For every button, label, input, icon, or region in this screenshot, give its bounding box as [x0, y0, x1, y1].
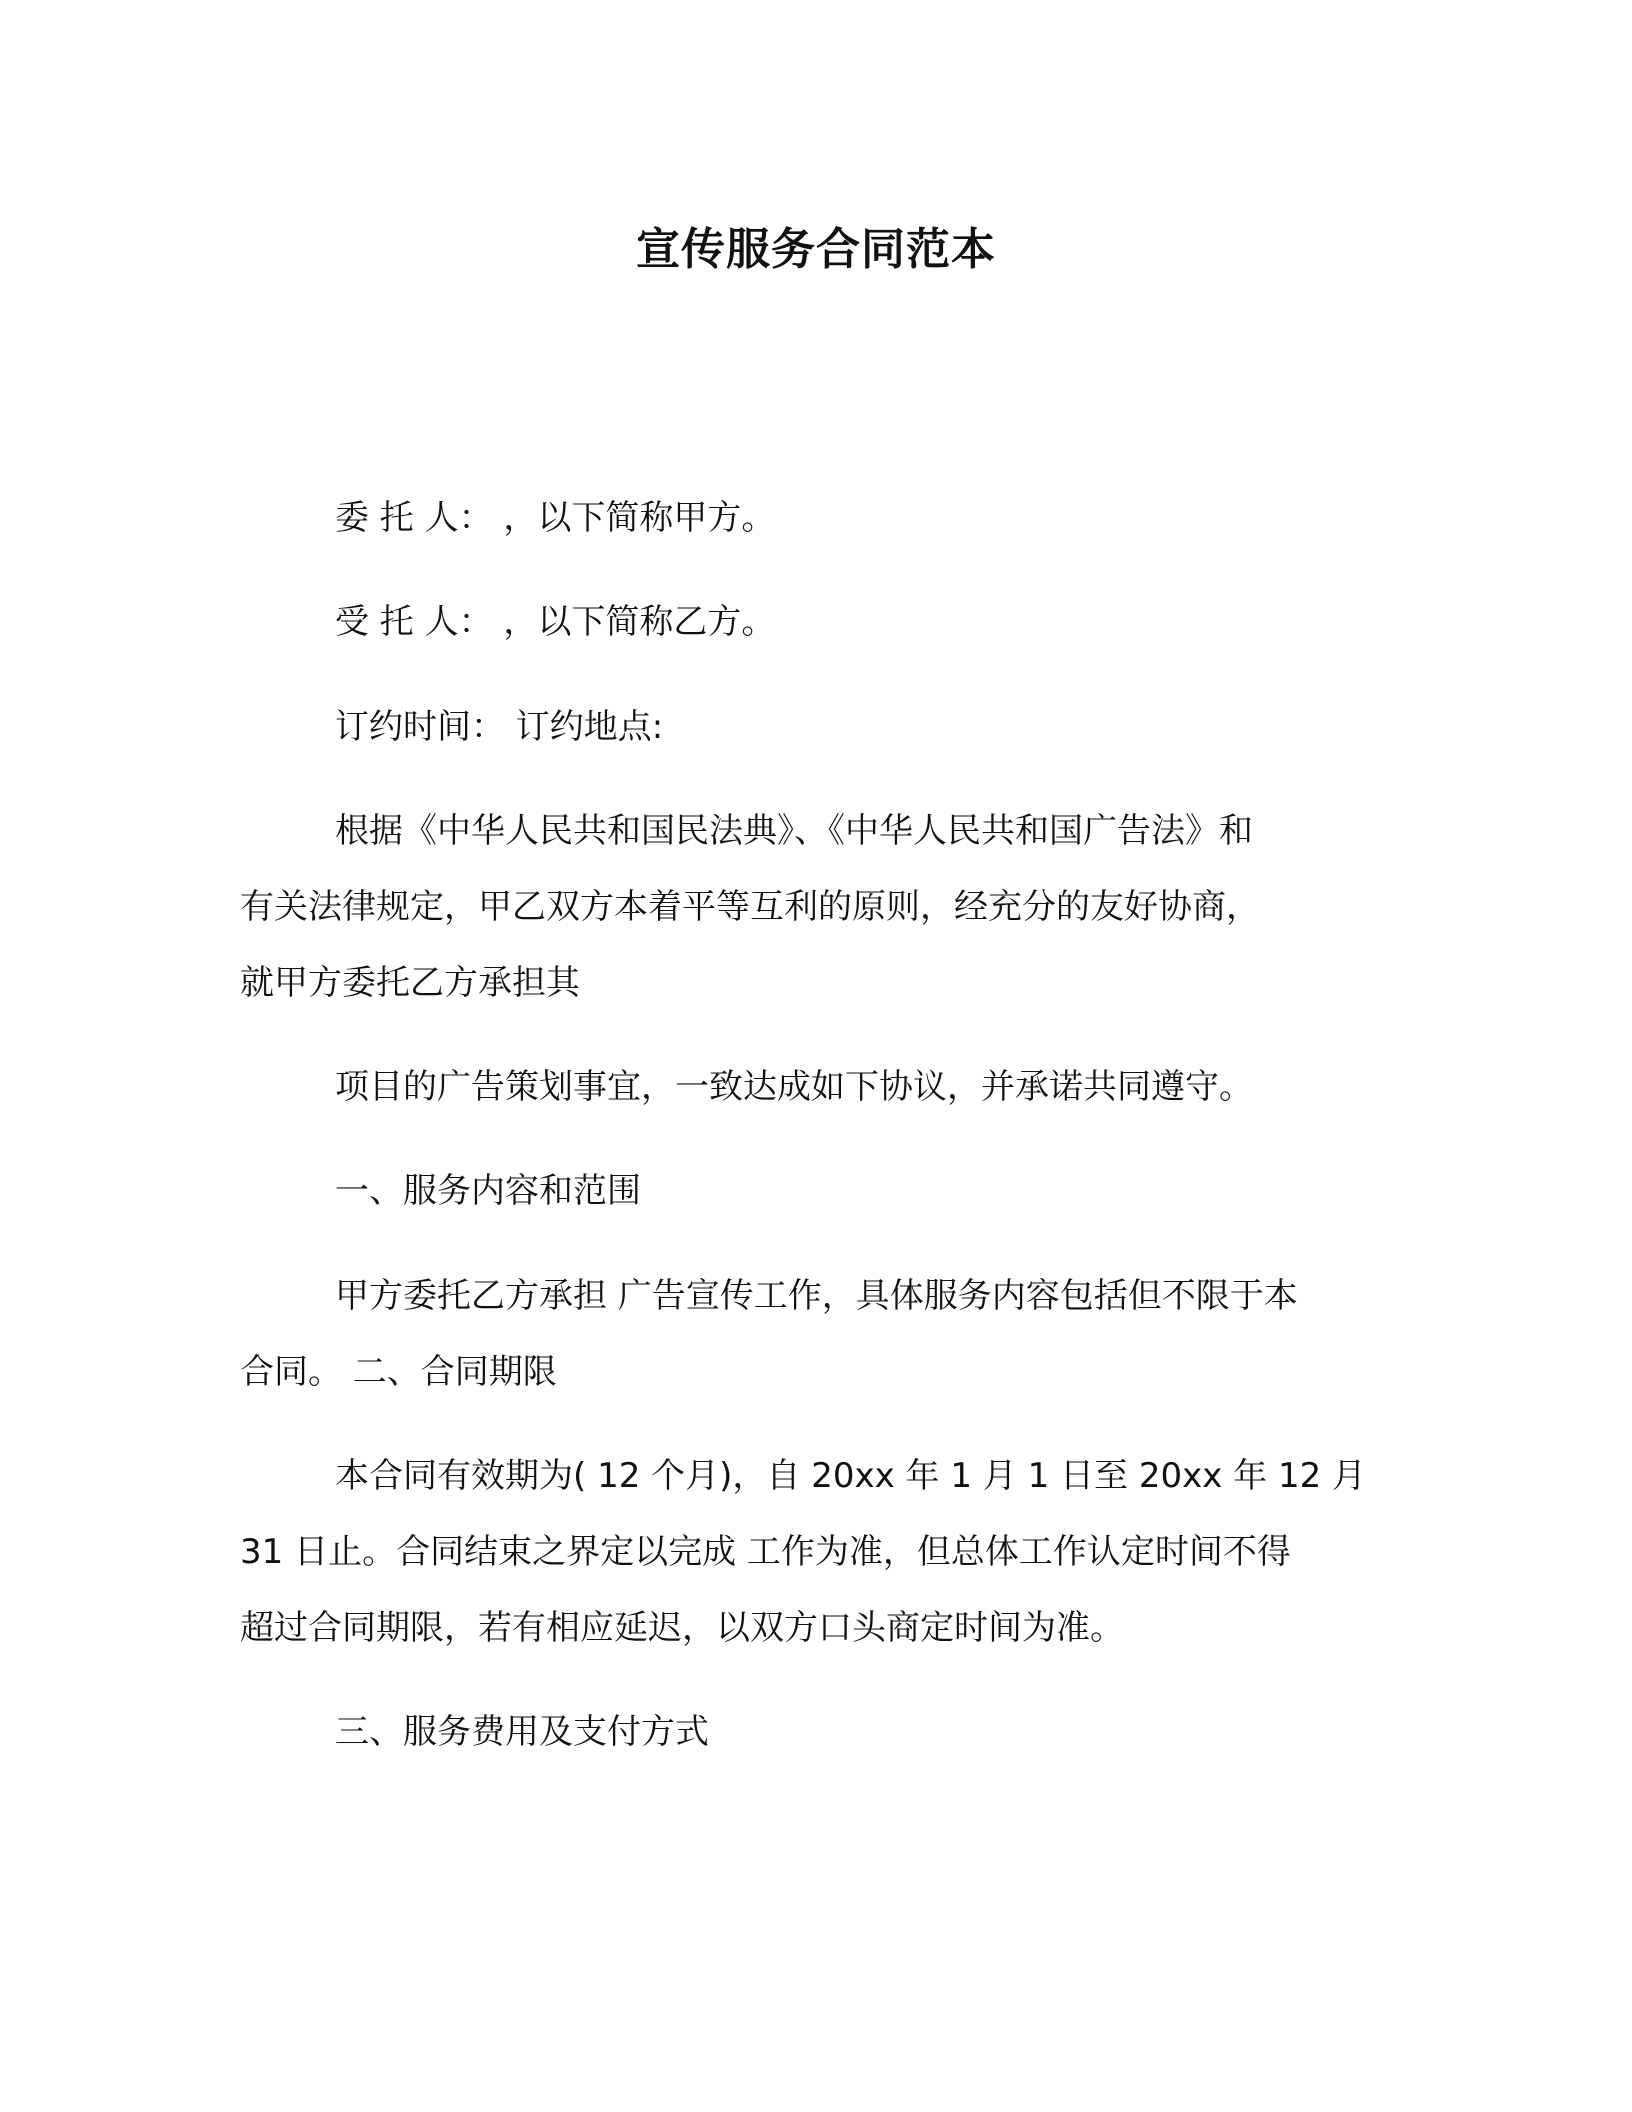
- preamble-line-2: 有关法律规定，甲乙双方本着平等互利的原则，经充分的友好协商，: [240, 884, 1260, 930]
- section-1-heading: 一、服务内容和范围: [335, 1168, 641, 1214]
- preamble-continuation: 项目的广告策划事宜，一致达成如下协议，并承诺共同遵守。: [335, 1064, 1253, 1110]
- document-page: 宣传服务合同范本 委 托 人： ，以下简称甲方。 受 托 人： ，以下简称乙方。…: [0, 0, 1632, 2112]
- client-party-line: 委 托 人： ，以下简称甲方。: [335, 495, 775, 541]
- contractor-party-line: 受 托 人： ，以下简称乙方。: [335, 599, 775, 645]
- section-2-line-2: 31 日止。合同结束之界定以完成 工作为准，但总体工作认定时间不得: [240, 1529, 1291, 1575]
- section-3-heading: 三、服务费用及支付方式: [335, 1709, 709, 1755]
- preamble-line-3: 就甲方委托乙方承担其: [240, 960, 580, 1006]
- section-1-line-1: 甲方委托乙方承担 广告宣传工作，具体服务内容包括但不限于本: [335, 1273, 1298, 1319]
- signing-info-line: 订约时间： 订约地点:: [335, 704, 663, 750]
- document-title: 宣传服务合同范本: [0, 222, 1632, 278]
- section-2-line-1: 本合同有效期为( 12 个月)，自 20xx 年 1 月 1 日至 20xx 年…: [335, 1453, 1366, 1499]
- section-2-line-3: 超过合同期限，若有相应延迟，以双方口头商定时间为准。: [240, 1605, 1124, 1651]
- section-1-line-2: 合同。 二、合同期限: [240, 1349, 557, 1395]
- preamble-line-1: 根据《中华人民共和国民法典》、《中华人民共和国广告法》和: [335, 808, 1253, 854]
